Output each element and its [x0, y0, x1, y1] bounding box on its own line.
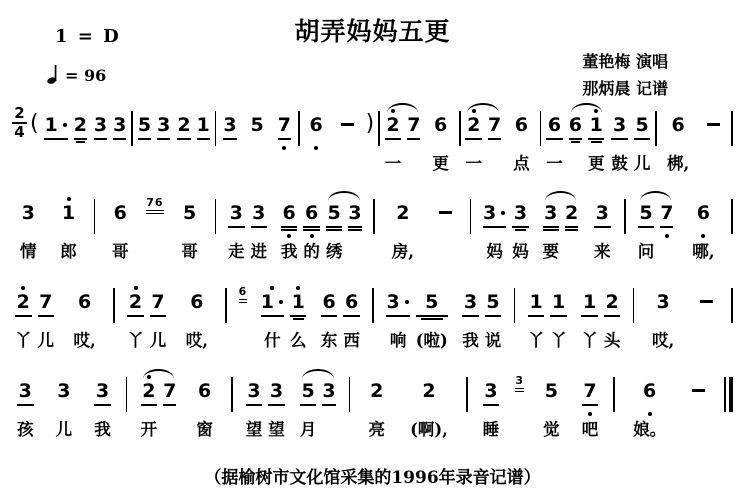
beams [196, 403, 213, 412]
lyric: 郎 [60, 240, 77, 264]
note: 7 [160, 370, 179, 442]
lyric: 一 [546, 152, 563, 176]
note-digit: 3 [484, 379, 497, 403]
beams [157, 137, 170, 146]
note-digit: 5 [327, 201, 340, 225]
note: 6的 [300, 192, 323, 264]
note: 2开 [138, 370, 161, 442]
lyric: 妈 [512, 240, 529, 264]
lyric [77, 152, 83, 176]
barline-stroke [215, 111, 217, 146]
note-digit: 3 [223, 113, 236, 137]
note-digit: 6 [671, 113, 684, 137]
lyric [411, 152, 417, 176]
digit: 3 [386, 290, 399, 314]
note-digit: 1 [44, 113, 67, 137]
note: 3孩 [12, 370, 39, 442]
digit: 3 [613, 113, 626, 137]
lyric [281, 152, 287, 176]
beams [94, 137, 107, 146]
augmentation-dot [501, 211, 505, 215]
lyric: 吧 [582, 418, 599, 442]
barline-stroke [655, 111, 657, 146]
note: 3睡 [478, 370, 505, 442]
digit: 2 [467, 113, 480, 137]
note: 2头 [601, 281, 624, 353]
digit: 6 [309, 113, 322, 137]
lyric: 的 [303, 240, 320, 264]
lyric: 我 [281, 240, 298, 264]
barline [465, 377, 469, 412]
beams [300, 403, 317, 412]
barline-stroke [613, 377, 615, 412]
lyric: 觉 [543, 418, 560, 442]
dash-stroke [707, 123, 720, 126]
lyric [313, 152, 319, 176]
note: 6西 [340, 281, 363, 353]
beams [462, 314, 479, 323]
beam-line [465, 138, 482, 140]
octave-dot-low [310, 234, 314, 238]
note: 2房, [384, 192, 422, 264]
quarter-note-icon [47, 61, 60, 89]
lyric [227, 152, 233, 176]
note-digit: 6 [434, 113, 447, 137]
beam-line [197, 138, 210, 140]
note: 1么 [287, 281, 310, 353]
beam-line [17, 404, 34, 406]
note-digit: 3 [386, 290, 409, 314]
beams [20, 225, 37, 234]
grace-note: 76 [144, 197, 165, 214]
lyric: 说 [485, 329, 502, 353]
note: 2 [71, 104, 90, 176]
beams [543, 225, 560, 234]
credits: 董艳梅 演唱 那炳晨 记谱 [582, 48, 668, 102]
note-digit: 3 [270, 379, 283, 403]
beam-line [113, 138, 126, 140]
beams [465, 137, 482, 146]
beam-line [483, 226, 506, 228]
beam-line [177, 138, 190, 140]
note-digit: 1 [530, 290, 543, 314]
note-digit: 5 [301, 379, 314, 403]
beams [127, 314, 144, 323]
note: 3情 [12, 192, 45, 264]
beam-line [74, 138, 87, 140]
digit: 3 [157, 113, 170, 137]
staff-line-1: 24(1 2 3 3 5 3 2 1 3 5 7 6 )2一7 6更2一7 6点… [12, 104, 734, 176]
octave-dot-low [287, 234, 291, 238]
beams [416, 314, 448, 323]
barline [539, 111, 543, 146]
lyric [352, 240, 358, 264]
beams [60, 225, 77, 234]
note-digit: 5 [425, 290, 438, 314]
note: 3 [218, 104, 241, 176]
digit: 3 [348, 201, 361, 225]
note: 1什 [258, 281, 287, 353]
digit: 3 [656, 290, 669, 314]
beam-line [462, 315, 479, 317]
octave-dot-low [665, 234, 669, 238]
lyric: 问 [638, 240, 655, 264]
note: 1郎 [52, 192, 85, 264]
note-digit: 6 [114, 201, 127, 225]
beams [569, 137, 582, 146]
beam-line [550, 315, 567, 317]
note: 3我 [89, 370, 116, 442]
beam-line [303, 229, 320, 231]
digit: 6 [78, 290, 91, 314]
beams [56, 403, 73, 412]
note-group: 3妈3妈 [480, 192, 532, 264]
note-group: 5 3 [135, 104, 173, 176]
note: 2一 [382, 104, 405, 176]
note: 6哎, [65, 281, 103, 353]
slur: 3要2 [540, 192, 582, 264]
beam-line [638, 226, 655, 228]
beam-line-short [421, 318, 443, 320]
beam-line [343, 315, 360, 317]
lyric: 丫 [127, 329, 144, 353]
note-digit: 6 [305, 201, 318, 225]
note: 2 [174, 104, 193, 176]
note-digit: 1 [62, 201, 75, 225]
note: 3 [319, 370, 338, 442]
barline [112, 288, 116, 323]
beams [633, 403, 666, 412]
beam-line [246, 404, 263, 406]
note: 3来 [589, 192, 616, 264]
note-digit: 2 [370, 379, 383, 403]
note-digit: 3 [348, 201, 361, 225]
lyric: 西 [343, 329, 360, 353]
digit: 5 [425, 290, 438, 314]
note-group: 1丫2头 [578, 281, 623, 353]
note-digit: 6 [515, 113, 528, 137]
barline [130, 111, 134, 146]
beam-line [163, 404, 176, 406]
beam-line [407, 138, 420, 140]
beams [348, 225, 361, 234]
time-signature: 24 [12, 106, 27, 140]
grace-beam [146, 210, 163, 211]
beams [261, 314, 284, 323]
grace-beam [515, 388, 524, 389]
lyric [326, 418, 332, 442]
note: 2丫 [12, 281, 35, 353]
note-digit: 6 [198, 379, 211, 403]
duration-dash [698, 123, 729, 126]
beams [177, 137, 190, 146]
note: 2(啊), [402, 370, 456, 442]
note: 3 [110, 104, 129, 176]
note-digit: 6 [78, 290, 91, 314]
barline-stroke [131, 111, 133, 146]
note: 2丫 [124, 281, 147, 353]
barline-stroke [94, 199, 96, 234]
beams [113, 137, 126, 146]
beams [321, 314, 338, 323]
lyric [161, 152, 167, 176]
barline [348, 377, 352, 412]
beam-line [543, 229, 560, 231]
beam-line [141, 404, 158, 406]
lyric: 妈 [486, 240, 503, 264]
digit: 5 [327, 201, 340, 225]
note: 3儿 [48, 370, 81, 442]
lyric: 睡 [483, 418, 500, 442]
grace-digits: 6 [239, 286, 248, 298]
note-digit: 3 [157, 113, 170, 137]
barline [623, 199, 627, 234]
barline-stroke [126, 377, 128, 412]
octave-dot-high [391, 109, 395, 113]
digit: 2 [386, 113, 399, 137]
note: 1 [41, 104, 70, 176]
note-digit: 3 [252, 201, 265, 225]
note: 7 [404, 104, 423, 176]
lyric: 哪, [692, 240, 714, 264]
note: 3进 [248, 192, 271, 264]
beam-line-short [591, 141, 602, 143]
digit: 5 [301, 379, 314, 403]
digit: 3 [247, 379, 260, 403]
beam-line-short [571, 141, 580, 143]
beams [17, 403, 34, 412]
note: 3妈 [509, 192, 532, 264]
beam-line [303, 226, 320, 228]
beams [112, 225, 129, 234]
digit: 6 [548, 113, 561, 137]
beam-line [15, 315, 32, 317]
note: 6一 [543, 104, 566, 176]
octave-dot-high [594, 109, 598, 113]
digit: 3 [252, 201, 265, 225]
note-digit: 6 [643, 379, 656, 403]
beams [44, 137, 67, 146]
beam-line [127, 315, 144, 317]
note-digit: 6 [569, 113, 582, 137]
augmentation-dot [279, 300, 283, 304]
note: 6点 [505, 104, 538, 176]
barline-stroke [215, 199, 217, 234]
note: 3鼓 [608, 104, 631, 176]
note: 2亮 [360, 370, 393, 442]
digit: 3 [19, 379, 32, 403]
beams [246, 403, 263, 412]
digit: 2 [370, 379, 383, 403]
digit: 6 [569, 113, 582, 137]
digit: 3 [596, 201, 609, 225]
lyric [142, 152, 148, 176]
note: 2一 [462, 104, 485, 176]
augmentation-dot [63, 123, 67, 127]
barline [730, 288, 734, 323]
note-group: 3鼓5儿 [608, 104, 653, 176]
note-digit: 5 [251, 113, 264, 137]
grace-note: 6 [237, 286, 250, 303]
high-octave-zone [67, 192, 71, 201]
high-octave-zone [21, 281, 25, 290]
note: 5绣 [323, 192, 346, 264]
beam-line [569, 138, 582, 140]
barline [371, 288, 375, 323]
digit: 5 [183, 201, 196, 225]
lyric: 房, [392, 240, 414, 264]
parenthesis: ( [28, 112, 41, 136]
note-digit: 3 [57, 379, 70, 403]
note-digit: 5 [138, 113, 151, 137]
barline-stroke [349, 377, 351, 412]
note-digit: 1 [552, 290, 565, 314]
digit: 3 [230, 201, 243, 225]
digit: 3 [484, 379, 497, 403]
barline [469, 199, 473, 234]
barline [458, 111, 462, 146]
lyric: 梆, [667, 152, 689, 176]
note-digit: 2 [142, 379, 155, 403]
staff-line-3: 2丫7儿6哎,2丫7儿6哎,61什1么6东6西3响5(啦)3我5说1丫1丫1丫2… [12, 281, 734, 353]
octave-dot-low [282, 146, 286, 150]
beam-line [326, 226, 343, 228]
barline [654, 111, 658, 146]
beam-line [326, 229, 343, 231]
beam-line [485, 315, 502, 317]
note: 1丫 [525, 281, 548, 353]
lyric: 更 [588, 152, 605, 176]
note-digit: 3 [656, 290, 669, 314]
octave-dot-low [648, 412, 652, 416]
staff-line-4: 3孩3儿3我2开7 6窗3望3望5月3 2亮2(啊),3睡35觉7吧6娘。 [12, 370, 734, 442]
lyric [167, 418, 173, 442]
note-digit: 3 [514, 201, 527, 225]
beams [322, 403, 335, 412]
beam-line [348, 226, 361, 228]
barline [125, 377, 129, 412]
lyric [664, 240, 670, 264]
digit: 7 [407, 113, 420, 137]
note: 1丫 [578, 281, 601, 353]
barline-stroke [470, 199, 472, 234]
digit: 3 [483, 201, 496, 225]
grace-beam [515, 391, 524, 392]
beams [94, 403, 111, 412]
note: 5(啦) [413, 281, 451, 353]
barline [297, 111, 301, 146]
note-group: 2一7 [382, 104, 424, 176]
digit: 7 [583, 379, 596, 403]
lyric: 鼓 [611, 152, 628, 176]
time-signature-denominator: 4 [14, 125, 24, 140]
beams [223, 137, 236, 146]
sheet-music-page: 胡弄妈妈五更 1 = D = 96 董艳梅 演唱 那炳晨 记谱 24(1 2 3… [0, 0, 745, 503]
beam-line [660, 226, 673, 228]
digit: 2 [129, 290, 142, 314]
beams [73, 314, 95, 323]
note: 1丫 [547, 281, 570, 353]
digit: 5 [251, 113, 264, 137]
beam-line [582, 404, 599, 406]
time-signature-numerator: 2 [14, 106, 24, 121]
digit: 5 [639, 201, 652, 225]
note: 5月 [297, 370, 320, 442]
beam-line [604, 315, 621, 317]
digit: 6 [323, 290, 336, 314]
lyric: 儿 [38, 329, 55, 353]
note: 5哥 [173, 192, 206, 264]
note: 5问 [635, 192, 658, 264]
note-digit: 2 [129, 290, 142, 314]
lyric: 哎, [73, 329, 95, 353]
note: 6我 [278, 192, 301, 264]
note-digit: 2 [386, 113, 399, 137]
note: 5觉 [535, 370, 568, 442]
lyric [117, 152, 123, 176]
digit: 6 [305, 201, 318, 225]
note-digit: 6 [697, 201, 710, 225]
slur: 2一7 [462, 104, 504, 176]
digit: 6 [345, 290, 358, 314]
beams [150, 314, 167, 323]
lyric: 丫 [581, 329, 598, 353]
beams [565, 225, 578, 234]
beam-line [543, 226, 560, 228]
note-digit: 2 [422, 379, 435, 403]
credit-notator: 那炳晨 记谱 [582, 75, 668, 102]
note: 3望 [243, 370, 266, 442]
duration-dash [430, 211, 461, 214]
lyric [181, 152, 187, 176]
beams [634, 137, 651, 146]
lyric: 什 [264, 329, 281, 353]
lyric [200, 152, 206, 176]
lyric: 儿 [56, 418, 73, 442]
note: 1 [194, 104, 213, 176]
high-octave-zone [594, 104, 598, 113]
beams [660, 225, 673, 234]
credit-singer: 董艳梅 演唱 [582, 48, 668, 75]
digit: 6 [114, 201, 127, 225]
beams [251, 137, 264, 146]
digit: 3 [223, 113, 236, 137]
digit: 5 [636, 113, 649, 137]
barline [632, 288, 636, 323]
final-barline [723, 377, 733, 412]
note: 6 [566, 104, 585, 176]
slur: 2开7 [138, 370, 180, 442]
lyric [492, 152, 498, 176]
digit: 6 [671, 113, 684, 137]
slur: 5绣3 [323, 192, 365, 264]
beams [638, 225, 655, 234]
lyric: 响 [390, 329, 407, 353]
beam-line [348, 229, 361, 231]
lyric: 头 [604, 329, 621, 353]
note: 6更 [424, 104, 457, 176]
grace-beam [239, 299, 248, 300]
note: 1更 [585, 104, 608, 176]
lyric: (啦) [416, 329, 448, 353]
barline-stroke [633, 288, 635, 323]
note-digit: 3 [22, 201, 35, 225]
digit: 7 [660, 201, 673, 225]
digit: 2 [396, 201, 409, 225]
digit: 7 [39, 290, 52, 314]
note-digit: 3 [230, 201, 243, 225]
note-digit: 5 [636, 113, 649, 137]
